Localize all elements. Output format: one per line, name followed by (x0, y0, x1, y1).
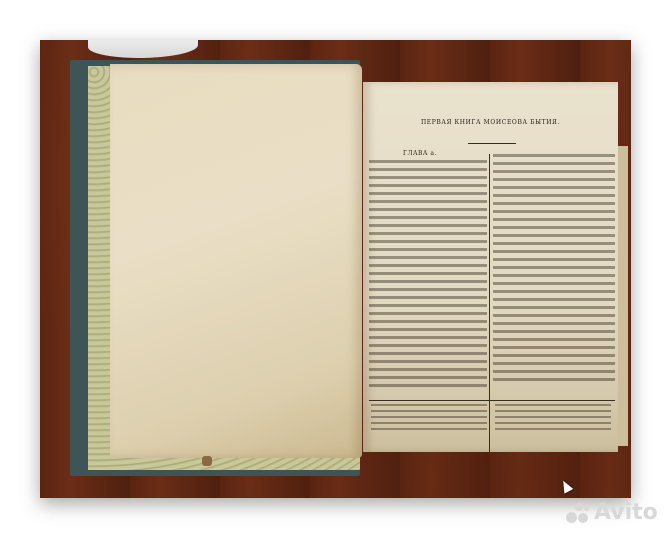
page-title: ПЕРВАЯ КНИГА МОИСЕОВА БЫТИЯ. (363, 119, 618, 126)
book-photo: ПЕРВАЯ КНИГА МОИСЕОВА БЫТИЯ. ГЛАВА а. (40, 40, 631, 498)
footnotes-left (371, 404, 487, 432)
text-column-left (369, 160, 487, 388)
text-column-right (493, 154, 615, 382)
footnote-rule (369, 400, 615, 401)
page-stain (202, 456, 212, 466)
footnotes-right (495, 404, 611, 432)
chapter-heading: ГЛАВА а. (403, 150, 437, 157)
avito-logo-icon (566, 503, 590, 523)
white-cloth (88, 40, 198, 58)
column-divider (489, 154, 490, 454)
avito-watermark: Avito (566, 500, 658, 525)
right-text-page: ПЕРВАЯ КНИГА МОИСЕОВА БЫТИЯ. ГЛАВА а. (363, 82, 618, 452)
title-ornament (468, 143, 516, 144)
watermark-text: Avito (594, 500, 658, 525)
left-blank-page (110, 64, 362, 458)
